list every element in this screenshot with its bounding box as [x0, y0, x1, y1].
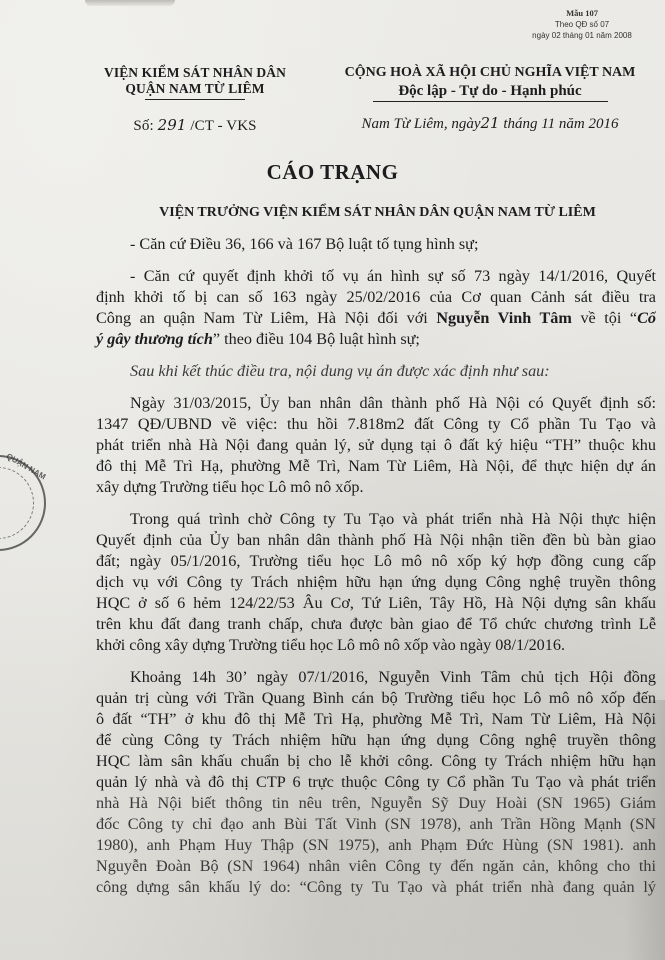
basis-line-3: định khởi tố bị can số 163 ngày 25/02/20…	[96, 287, 656, 307]
paragraph-line: quản trị cùng với Trần Quang Bình cán bộ…	[96, 688, 656, 708]
place-date: Nam Từ Liêm, ngày21 tháng 11 năm 2016	[320, 114, 660, 133]
basis-line-2: - Căn cứ quyết định khởi tố vụ án hình s…	[130, 266, 656, 286]
org-line2: QUẬN NAM TỪ LIÊM	[100, 81, 290, 97]
charge: ý gây thương tích	[96, 330, 213, 348]
paragraph-line: đất; ngày 05/1/2016, Trường tiểu học Lô …	[96, 551, 656, 571]
paragraph-line: Trong quá trình chờ Công ty Tu Tạo và ph…	[130, 509, 656, 529]
paper-clip-shadow	[85, 0, 175, 6]
national-header: CỘNG HOÀ XÃ HỘI CHỦ NGHĨA VIỆT NAM Độc l…	[320, 64, 660, 133]
text: về tội “	[572, 309, 637, 327]
basis-line-4: Công an quận Nam Từ Liêm, Hà Nội đối với…	[96, 308, 656, 328]
paragraph-line: khởi công xây dựng Trường tiểu học Lô mô…	[96, 635, 656, 655]
defendant-name: Nguyễn Vinh Tâm	[436, 309, 572, 327]
document-subtitle: VIỆN TRƯỞNG VIỆN KIỂM SÁT NHÂN DÂN QUẬN …	[90, 205, 665, 221]
form-ref-line2: ngày 02 tháng 01 năm 2008	[517, 30, 647, 41]
paragraph-line: đốc Công ty chỉ đạo anh Bùi Tất Vinh (SN…	[96, 814, 656, 834]
paragraph-line: Nguyễn Đoàn Bộ (SN 1964) nhân viên Công …	[96, 856, 656, 876]
paragraph-line: công dựng sân khấu lý do: “Công ty Tu Tạ…	[96, 877, 656, 897]
national-motto: Độc lập - Tự do - Hạnh phúc	[320, 82, 660, 100]
charge: Cố	[637, 309, 656, 327]
text: Công an quận Nam Từ Liêm, Hà Nội đối với	[96, 309, 436, 327]
paragraph-line: quản lý nhà và đô thị CTP 6 trực thuộc C…	[96, 772, 656, 792]
paragraph-line: Quyết định của Ủy ban nhân dân thành phố…	[96, 530, 656, 550]
issuing-organization: VIỆN KIỂM SÁT NHÂN DÂN QUẬN NAM TỪ LIÊM …	[100, 65, 290, 134]
org-line1: VIỆN KIỂM SÁT NHÂN DÂN	[100, 65, 290, 81]
paragraph-line: HQC ở số 6 hẻm 124/22/53 Âu Cơ, Tứ Liên,…	[96, 593, 656, 613]
paragraph-line: đô thị Mễ Trì Hạ, phường Mễ Trì, Nam Từ …	[96, 456, 656, 476]
paragraph-line: HQC làm sân khấu chuẩn bị cho lễ khởi cô…	[96, 751, 656, 771]
divider	[145, 99, 245, 100]
paragraph-line: phát triển nhà Hà Nội đang quản lý, sử d…	[96, 435, 656, 455]
country-name: CỘNG HOÀ XÃ HỘI CHỦ NGHĨA VIỆT NAM	[320, 64, 660, 82]
paragraph-line: Khoảng 14h 30’ ngày 07/1/2016, Nguyễn Vi…	[130, 667, 656, 687]
paragraph-line: xây dựng Trường tiểu học Lô mô nô xốp.	[96, 477, 656, 497]
basis-line-1: - Căn cứ Điều 36, 166 và 167 Bộ luật tố …	[130, 234, 656, 254]
paragraph-line: để cùng Công ty Trách nhiệm hữu hạn ứng …	[96, 730, 656, 750]
form-code: Mẫu 107	[517, 8, 647, 19]
document-title: CÁO TRẠNG	[0, 160, 665, 185]
doc-no-handwritten: 291	[158, 116, 187, 134]
divider	[373, 101, 608, 102]
document-page: Mẫu 107 Theo QĐ số 07 ngày 02 tháng 01 n…	[0, 0, 665, 960]
paragraph-line: trên khu đất đang tranh chấp, chưa được …	[96, 614, 656, 634]
document-number: Số: 291 /CT - VKS	[100, 117, 290, 134]
doc-no-prefix: Số:	[133, 118, 153, 134]
basis-line-5: ý gây thương tích” theo điều 104 Bộ luật…	[96, 329, 656, 349]
paragraph-line: ô đất “TH” ở khu đô thị Mễ Trì Hạ, phườn…	[96, 709, 656, 729]
paragraph-line: nhà Hà Nội biết thông tin nêu trên, Nguy…	[96, 793, 656, 813]
findings-intro: Sau khi kết thúc điều tra, nội dung vụ á…	[130, 361, 656, 381]
form-reference: Mẫu 107 Theo QĐ số 07 ngày 02 tháng 01 n…	[517, 8, 647, 41]
doc-no-suffix: /CT - VKS	[190, 118, 256, 134]
text: ” theo điều 104 Bộ luật hình sự;	[213, 330, 420, 348]
paragraph-line: 1347 QĐ/UBND về việc: thu hồi 7.818m2 đấ…	[96, 414, 656, 434]
paragraph-line: Ngày 31/03/2015, Ủy ban nhân dân thành p…	[130, 393, 656, 413]
date-day-handwritten: 21	[481, 114, 500, 132]
paragraph-line: 1980), anh Phạm Huy Thập (SN 1975), anh …	[96, 835, 656, 855]
form-ref-line1: Theo QĐ số 07	[517, 19, 647, 30]
date-prefix: Nam Từ Liêm, ngày	[361, 116, 480, 132]
paragraph-line: dịch vụ với Công ty Trách nhiệm hữu hạn …	[96, 572, 656, 592]
date-suffix: tháng 11 năm 2016	[503, 116, 618, 132]
